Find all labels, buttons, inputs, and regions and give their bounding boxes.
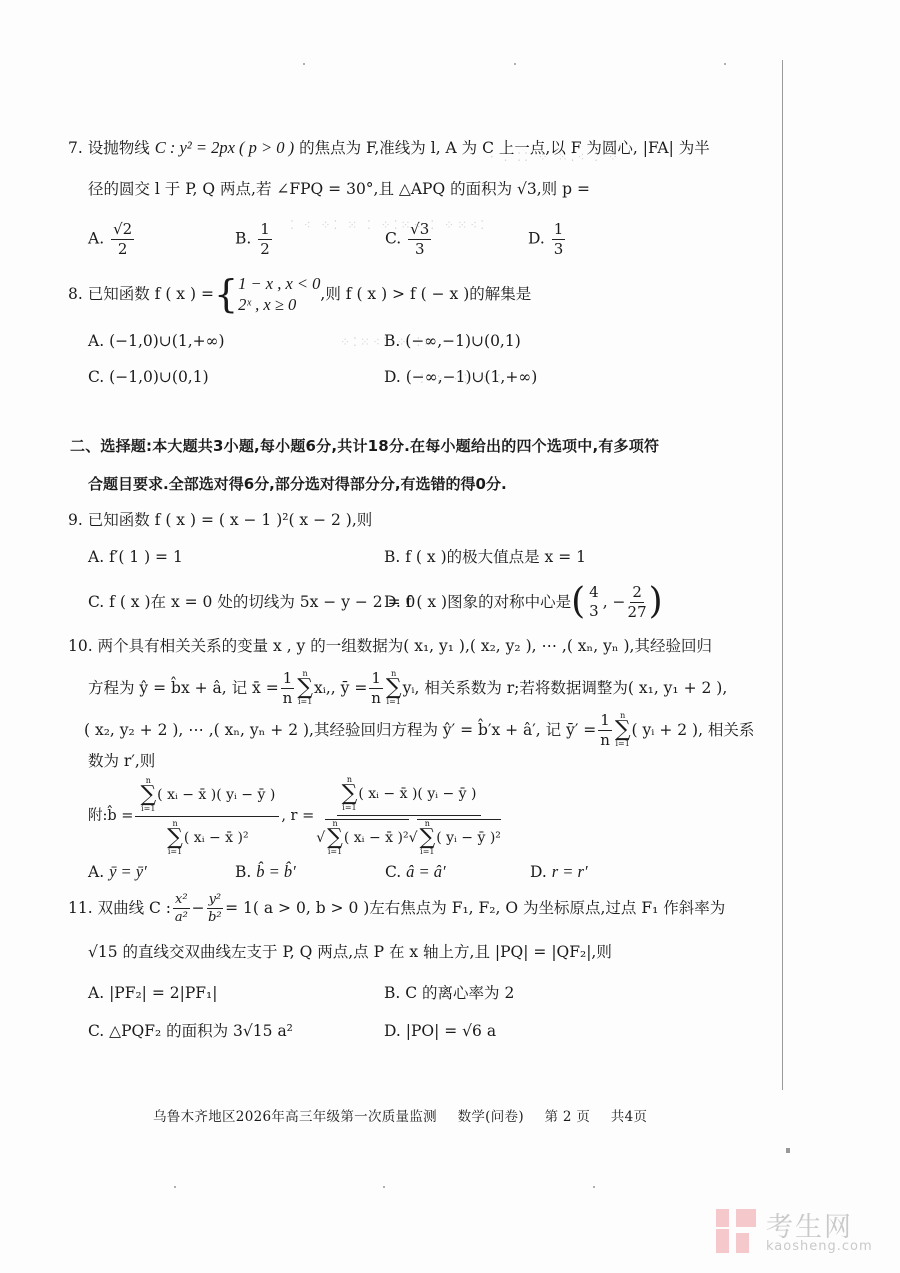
fraction: y²b² [207, 893, 224, 924]
question-number: 9. [68, 511, 83, 529]
fraction: 12 [258, 222, 272, 257]
q10-appendix-formulas: 附: b̂ = n∑i=1 ( xᵢ − x̄ )( yᵢ − ȳ ) n∑i=… [88, 776, 503, 856]
option-label: B. [384, 332, 400, 350]
option-label: A. [88, 863, 104, 881]
denominator-expr: ( xᵢ − x̄ )² [184, 831, 249, 845]
q7-option-b: B. 12 [235, 222, 274, 258]
denominator: b² [208, 909, 222, 924]
section-2-heading: 二、选择题:本大题共3小题,每小题6分,共计18分.在每小题给出的四个选项中,有… [70, 436, 659, 456]
r-fraction: n∑i=1 ( xᵢ − x̄ )( yᵢ − ȳ ) √ n∑i=1 ( xᵢ… [316, 776, 501, 856]
option-label: B. [384, 548, 400, 566]
option-label: D. [384, 368, 401, 386]
option-text: |PF₂| = 2|PF₁| [109, 984, 217, 1002]
question-8-stem: 8. 已知函数 f ( x ) = { 1 − x , x < 0 2ˣ , x… [68, 272, 531, 316]
question-text: ,则 f ( x ) > f ( − x )的解集是 [320, 284, 531, 304]
denominator: n [371, 689, 381, 706]
case-2: 2ˣ , x ≥ 0 [238, 294, 320, 315]
numerator: 4 [587, 585, 601, 602]
question-9-stem: 9. 已知函数 f ( x ) = ( x − 1 )²( x − 2 ),则 [68, 510, 372, 530]
question-number: 11. [68, 898, 93, 918]
numerator: √2 [111, 222, 134, 240]
scan-dot [383, 1186, 385, 1188]
question-text: = 1( a > 0, b > 0 )左右焦点为 F₁, F₂, O 为坐标原点… [225, 898, 725, 918]
fraction: 1n [369, 671, 383, 706]
question-10-line-4: 数为 r′,则 [88, 751, 155, 771]
q9-option-c: C. f ( x )在 x = 0 处的切线为 5x − y − 2 = 0 [88, 592, 415, 612]
option-text: f′( 1 ) = 1 [109, 548, 183, 566]
sum-lower: i=1 [420, 848, 434, 856]
summation: n∑i=1 [615, 712, 631, 748]
equation: C : y² = 2px ( p > 0 ) [155, 138, 294, 157]
scan-dot [514, 63, 516, 65]
option-text: â = â′ [406, 862, 446, 881]
numerator: 1 [598, 713, 612, 731]
option-text: (−1,0)∪(1,+∞) [109, 332, 225, 350]
section-2-instructions: 合题目要求.全部选对得6分,部分选对得部分分,有选错的得0分. [88, 474, 507, 494]
question-7-line-1: 7. 设抛物线 C : y² = 2px ( p > 0 ) 的焦点为 F,准线… [68, 138, 710, 158]
question-10-line-3: ( x₂, y₂ + 2 ), ⋯ ,( xₙ, yₙ + 2 ),其经验回归方… [84, 708, 754, 752]
question-text: 方程为 ŷ = b̂x + â, 记 x̄ = [88, 678, 279, 698]
separator: , − [603, 592, 626, 612]
numerator-expr: ( xᵢ − x̄ )( yᵢ − ȳ ) [157, 788, 275, 802]
numerator-expr: ( xᵢ − x̄ )( yᵢ − ȳ ) [358, 787, 476, 801]
fraction: 1n [598, 713, 612, 748]
subject-label: 数学(问卷) [458, 1109, 524, 1125]
q8-option-b: B. (−∞,−1)∪(0,1) [384, 331, 521, 351]
sum-lower: i=1 [342, 804, 356, 812]
q8-option-d: D. (−∞,−1)∪(1,+∞) [384, 367, 537, 387]
numerator: 1 [369, 671, 383, 689]
numerator: 2 [630, 585, 644, 603]
option-label: B. [235, 230, 251, 248]
option-label: D. [384, 592, 401, 612]
summation: n∑i=1 [386, 670, 402, 706]
q11-option-d: D. |PO| = √6 a [384, 1021, 496, 1041]
appendix-label: 附: [88, 806, 107, 826]
denominator: n [283, 689, 293, 706]
denominator-expr: ( yᵢ − ȳ )² [436, 831, 501, 845]
minus-sign: − [192, 898, 205, 918]
question-text: , ȳ = [331, 678, 368, 698]
question-text: 两个具有相关关系的变量 x , y 的一组数据为( x₁, y₁ ),( x₂,… [98, 637, 712, 655]
numerator: n∑i=1 ( xᵢ − x̄ )( yᵢ − ȳ ) [337, 776, 481, 816]
option-label: C. [88, 1022, 104, 1040]
b-hat-label: b̂ = [107, 806, 133, 826]
numerator: 1 [281, 671, 295, 689]
brace: { [214, 275, 238, 313]
page-footer: 乌鲁木齐地区2026年高三年级第一次质量监测 数学(问卷) 第 2 页 共4页 [153, 1105, 663, 1125]
page-number: 第 2 页 [545, 1109, 591, 1125]
option-label: C. [385, 863, 401, 881]
numerator: √3 [408, 222, 431, 240]
question-10-line-2: 方程为 ŷ = b̂x + â, 记 x̄ = 1n n∑i=1 xᵢ, , ȳ… [88, 666, 727, 710]
question-text: ( yᵢ + 2 ), 相关系 [632, 720, 755, 740]
denominator: n∑i=1 ( xᵢ − x̄ )² [166, 817, 248, 856]
denominator: 2 [260, 240, 270, 257]
question-number: 7. [68, 139, 83, 157]
option-text: (−∞,−1)∪(0,1) [405, 332, 521, 350]
scan-dot [303, 63, 305, 65]
sum-lower: i=1 [141, 805, 155, 813]
numerator: n∑i=1 ( xᵢ − x̄ )( yᵢ − ȳ ) [135, 777, 279, 817]
watermark-en-text: kaosheng.com [766, 1239, 873, 1254]
option-text: f ( x )在 x = 0 处的切线为 5x − y − 2 = 0 [109, 593, 415, 611]
denominator: 3 [589, 602, 599, 619]
option-label: B. [235, 863, 251, 881]
question-text: 设抛物线 [88, 139, 150, 157]
scan-dot [724, 63, 726, 65]
option-label: A. [88, 984, 104, 1002]
q10-option-b: B. b̂ = b̂′ [235, 862, 296, 882]
sqrt-icon: √ [316, 831, 325, 845]
option-label: C. [88, 368, 104, 386]
option-label: A. [88, 230, 104, 248]
fraction: 227 [628, 585, 647, 620]
summation: n∑i=1 [342, 776, 358, 812]
summation: n∑i=1 [297, 670, 313, 706]
denominator: n [600, 731, 610, 748]
fraction: √22 [111, 222, 134, 257]
option-label: D. [384, 1022, 401, 1040]
option-text: (−1,0)∪(0,1) [109, 368, 208, 386]
b-hat-fraction: n∑i=1 ( xᵢ − x̄ )( yᵢ − ȳ ) n∑i=1 ( xᵢ −… [135, 777, 279, 856]
sqrt-content: n∑i=1 ( yᵢ − ȳ )² [417, 819, 500, 856]
q7-option-a: A. √22 [88, 222, 136, 258]
scan-dot [786, 1148, 790, 1153]
option-label: A. [88, 548, 104, 566]
denominator: √ n∑i=1 ( xᵢ − x̄ )² √ n∑i=1 ( yᵢ − ȳ )² [316, 816, 501, 856]
binding-line [782, 60, 783, 1090]
option-text: ȳ = ȳ′ [109, 862, 147, 881]
fraction: 13 [552, 222, 566, 257]
scan-dot [593, 1186, 595, 1188]
question-11-line-2: √15 的直线交双曲线左支于 P, Q 两点,点 P 在 x 轴上方,且 |PQ… [88, 942, 612, 962]
denominator: a² [175, 909, 188, 924]
sum-lower: i=1 [387, 698, 401, 706]
denominator: 27 [628, 603, 647, 620]
summation: n∑i=1 [419, 820, 435, 856]
sum-lower: i=1 [328, 848, 342, 856]
option-text: r = r′ [552, 862, 588, 881]
q9-option-a: A. f′( 1 ) = 1 [88, 547, 183, 567]
q11-option-c: C. △PQF₂ 的面积为 3√15 a² [88, 1021, 293, 1041]
option-text: |PO| = √6 a [406, 1022, 496, 1040]
piecewise-cases: 1 − x , x < 0 2ˣ , x ≥ 0 [238, 273, 320, 315]
q8-option-c: C. (−1,0)∪(0,1) [88, 367, 209, 387]
question-text: 相关系数为 r;若将数据调整为( x₁, y₁ + 2 ), [424, 678, 727, 698]
option-text: C 的离心率为 2 [405, 984, 514, 1002]
question-text: ( x₂, y₂ + 2 ), ⋯ ,( xₙ, yₙ + 2 ),其经验回归方… [84, 720, 596, 740]
denominator: 3 [415, 240, 425, 257]
right-paren: ) [649, 592, 663, 612]
sum-lower: i=1 [168, 848, 182, 856]
numerator: x² [173, 893, 190, 909]
option-label: A. [88, 332, 104, 350]
option-text: (−∞,−1)∪(1,+∞) [406, 368, 538, 386]
q9-option-d: D. f ( x )图象的对称中心是 ( 43 , − 227 ) [384, 582, 663, 622]
summation: n∑i=1 [140, 777, 156, 813]
summation: n∑i=1 [327, 820, 343, 856]
sqrt-icon: √ [409, 831, 418, 845]
fraction: 1n [281, 671, 295, 706]
r-label: , r = [281, 806, 314, 826]
sqrt-content: n∑i=1 ( xᵢ − x̄ )² [325, 819, 408, 856]
watermark: 考生网 kaosheng.com [716, 1205, 892, 1261]
option-text: f ( x )的极大值点是 x = 1 [405, 548, 586, 566]
denominator: 3 [554, 240, 564, 257]
question-7-line-2: 径的圆交 l 于 P, Q 两点,若 ∠FPQ = 30°,且 △APQ 的面积… [88, 179, 590, 199]
q11-option-a: A. |PF₂| = 2|PF₁| [88, 983, 217, 1003]
q10-option-d: D. r = r′ [530, 862, 588, 882]
numerator: 1 [258, 222, 272, 240]
fraction: √33 [408, 222, 431, 257]
page-total: 共4页 [611, 1109, 648, 1125]
variable: xᵢ, [314, 678, 331, 698]
question-text: 已知函数 f ( x ) = ( x − 1 )²( x − 2 ),则 [88, 511, 373, 529]
sum-lower: i=1 [298, 698, 312, 706]
question-text: 双曲线 C : [98, 898, 171, 918]
question-number: 8. [68, 284, 83, 304]
option-label: C. [88, 593, 104, 611]
exam-page: · ⁚ ⁚⁚ ⁘ ⁙⁚⁖ ⁚ ⁘ ⁚ ⁖ ⁘⁚ ⁙ ⁚ ⁘⁚⁙⁖ ⁚ ⁘⁙⁖⁚ … [0, 0, 900, 1273]
denominator: 2 [118, 240, 128, 257]
question-number: 10. [68, 637, 93, 655]
option-label: C. [385, 230, 401, 248]
q10-option-c: C. â = â′ [385, 862, 446, 882]
option-text: f ( x )图象的对称中心是 [406, 592, 571, 612]
exam-title: 乌鲁木齐地区2026年高三年级第一次质量监测 [153, 1109, 437, 1125]
question-text: 已知函数 f ( x ) = [88, 284, 214, 304]
fraction: x²a² [173, 893, 190, 924]
numerator: y² [207, 893, 224, 909]
summation: n∑i=1 [167, 820, 183, 856]
scan-dot [174, 1186, 176, 1188]
q7-option-c: C. √33 [385, 222, 433, 258]
q11-option-b: B. C 的离心率为 2 [384, 983, 514, 1003]
option-label: D. [530, 863, 547, 881]
sum-lower: i=1 [616, 740, 630, 748]
fraction: 43 [587, 585, 601, 619]
option-label: B. [384, 984, 400, 1002]
option-text: △PQF₂ 的面积为 3√15 a² [109, 1022, 293, 1040]
left-paren: ( [571, 592, 585, 612]
denominator-expr: ( xᵢ − x̄ )² [344, 831, 409, 845]
question-text: 的焦点为 F,准线为 l, A 为 C 上一点,以 F 为圆心, |FA| 为半 [299, 139, 710, 157]
option-text: b̂ = b̂′ [256, 862, 296, 881]
q9-option-b: B. f ( x )的极大值点是 x = 1 [384, 547, 586, 567]
question-10-line-1: 10. 两个具有相关关系的变量 x , y 的一组数据为( x₁, y₁ ),(… [68, 636, 712, 656]
variable: yᵢ, [403, 678, 420, 698]
kaosheng-logo-icon [716, 1209, 756, 1253]
q10-option-a: A. ȳ = ȳ′ [88, 862, 147, 882]
option-label: D. [528, 230, 545, 248]
question-11-line-1: 11. 双曲线 C : x²a² − y²b² = 1( a > 0, b > … [68, 886, 725, 930]
numerator: 1 [552, 222, 566, 240]
q8-option-a: A. (−1,0)∪(1,+∞) [88, 331, 225, 351]
q7-option-d: D. 13 [528, 222, 567, 258]
case-1: 1 − x , x < 0 [238, 273, 320, 294]
